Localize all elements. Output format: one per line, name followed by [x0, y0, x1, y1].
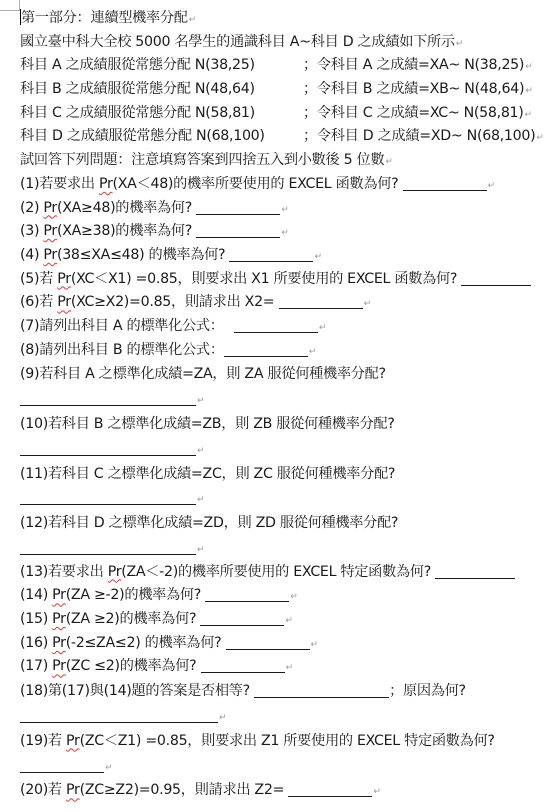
answer-line-19: ↵ — [20, 754, 547, 779]
paragraph-mark-icon: ↵ — [311, 634, 318, 658]
question-3: (3) Pr(XA≥38)的機率為何? ↵ — [20, 220, 547, 244]
question-15: (15) Pr(ZA ≥2)的機率為何? ↵ — [20, 608, 547, 632]
paragraph-mark-icon: ↵ — [309, 341, 316, 365]
answer-blank-19[interactable] — [20, 757, 104, 773]
question-7: (7)請列出科目 A 的標準化公式： ↵ — [20, 315, 547, 339]
question-16: (16) Pr(-2≤ZA≤2) 的機率為何? ↵ — [20, 632, 547, 656]
paragraph-mark-icon: ↵ — [525, 56, 532, 80]
paragraph-mark-icon: ↵ — [319, 317, 326, 341]
answer-blank-7[interactable] — [234, 317, 318, 333]
paragraph-mark-icon: ↵ — [285, 610, 292, 634]
question-2: (2) Pr(XA≥48)的機率為何? ↵ — [20, 197, 547, 221]
section-heading: 第一部分：連續型機率分配↵ — [20, 7, 547, 31]
answer-blank-8[interactable] — [224, 341, 308, 357]
answer-blank-15[interactable] — [200, 610, 284, 626]
question-13: (13)若要求出 Pr(ZA＜-2)的機率所要使用的 EXCEL 特定函數為何? — [20, 561, 547, 585]
answer-blank-17[interactable] — [201, 657, 285, 673]
question-19: (19)若 Pr(ZC＜Z1) =0.85，則要求出 Z1 所要使用的 EXCE… — [20, 729, 547, 754]
question-4: (4) Pr(38≤XA≤48) 的機率為何? ↵ — [20, 244, 547, 268]
answer-blank-1[interactable] — [403, 175, 487, 191]
paragraph-mark-icon: ↵ — [189, 9, 196, 33]
answer-blank-9[interactable] — [20, 390, 196, 406]
answer-blank-18a[interactable] — [254, 682, 389, 698]
answer-blank-14[interactable] — [205, 586, 289, 602]
paragraph-mark-icon: ↵ — [536, 127, 543, 151]
answer-blank-13[interactable] — [435, 563, 515, 579]
paragraph-mark-icon: ↵ — [281, 199, 288, 223]
question-12: (12)若科目 D 之標準化成績=ZD，則 ZD 服從何種機率分配? — [20, 511, 547, 536]
paragraph-mark-icon: ↵ — [281, 222, 288, 246]
paragraph-mark-icon: ↵ — [290, 586, 297, 610]
paragraph-mark-icon: ↵ — [197, 538, 204, 563]
paragraph-mark-icon: ↵ — [525, 80, 532, 104]
question-1: (1)若要求出 Pr(XA＜48)的機率所要使用的 EXCEL 函數為何? ↵ — [20, 173, 547, 197]
paragraph-mark-icon: ↵ — [197, 488, 204, 513]
answer-blank-18b[interactable] — [20, 707, 218, 723]
answer-blank-10[interactable] — [20, 440, 196, 456]
answer-line-11: ↵ — [20, 486, 547, 511]
answer-line-12: ↵ — [20, 536, 547, 561]
answer-blank-16[interactable] — [226, 634, 310, 650]
question-10: (10)若科目 B 之標準化成績=ZB，則 ZB 服從何種機率分配? — [20, 412, 547, 437]
intro-text: 國立臺中科大全校 5000 名學生的通識科目 A~科目 D 之成績如下所示↵ — [20, 31, 547, 55]
paragraph-mark-icon: ↵ — [197, 389, 204, 414]
paragraph-mark-icon: ↵ — [373, 780, 380, 805]
paragraph-mark-icon: ↵ — [364, 293, 371, 317]
paragraph-mark-icon: ↵ — [456, 33, 463, 57]
answer-blank-4[interactable] — [229, 246, 313, 262]
question-9: (9)若科目 A 之標準化成績=ZA，則 ZA 服從何種機率分配? — [20, 362, 547, 387]
answer-line-9: ↵ — [20, 387, 547, 412]
question-18: (18)第(17)與(14)題的答案是否相等? ；原因為何? — [20, 679, 547, 704]
paragraph-mark-icon: ↵ — [488, 175, 495, 199]
question-17: (17) Pr(ZC ≤2)的機率為何? ↵ — [20, 655, 547, 679]
document-page[interactable]: 第一部分：連續型機率分配↵ 國立臺中科大全校 5000 名學生的通識科目 A~科… — [20, 7, 547, 803]
paragraph-mark-icon: ↵ — [286, 657, 293, 681]
question-8: (8)請列出科目 B 的標準化公式：↵ — [20, 339, 547, 363]
answer-blank-12[interactable] — [20, 539, 196, 555]
question-11: (11)若科目 C 之標準化成績=ZC，則 ZC 服從何種機率分配? — [20, 462, 547, 487]
question-20: (20)若 Pr(ZC≥Z2)=0.95，則請求出 Z2= ↵ — [20, 778, 547, 803]
page-corner-marker — [0, 0, 20, 11]
subject-d-line: 科目 D 之成績服從常態分配 N(68,100)；令科目 D 之成績=XD~ N… — [20, 125, 547, 149]
paragraph-mark-icon: ↵ — [105, 756, 112, 781]
question-14: (14) Pr(ZA ≥-2)的機率為何? ↵ — [20, 584, 547, 608]
answer-blank-3[interactable] — [196, 222, 280, 238]
question-5: (5)若 Pr(XC＜X1) =0.85，則要求出 X1 所要使用的 EXCEL… — [20, 268, 547, 292]
instructions-text: 試回答下列問題：注意填寫答案到四捨五入到小數後 5 位數↵ — [20, 149, 547, 173]
subject-c-line: 科目 C 之成績服從常態分配 N(58,81)；令科目 C 之成績=XC~ N(… — [20, 102, 547, 126]
answer-line-10: ↵ — [20, 437, 547, 462]
subject-b-line: 科目 B 之成績服從常態分配 N(48,64)；令科目 B 之成績=XB~ N(… — [20, 78, 547, 102]
paragraph-mark-icon: ↵ — [314, 246, 321, 270]
paragraph-mark-icon: ↵ — [525, 104, 532, 128]
subject-a-line: 科目 A 之成績服從常態分配 N(38,25)；令科目 A 之成績=XA~ N(… — [20, 54, 547, 78]
paragraph-mark-icon: ↵ — [197, 439, 204, 464]
answer-blank-20[interactable] — [288, 781, 372, 797]
answer-line-18: ↵ — [20, 704, 547, 729]
answer-blank-6[interactable] — [279, 293, 363, 309]
question-6: (6)若 Pr(XC≥X2)=0.85，則請求出 X2= ↵ — [20, 291, 547, 315]
paragraph-mark-icon: ↵ — [219, 706, 226, 731]
answer-blank-2[interactable] — [196, 199, 280, 215]
answer-blank-11[interactable] — [20, 489, 196, 505]
paragraph-mark-icon: ↵ — [385, 151, 392, 175]
answer-blank-5[interactable] — [461, 270, 531, 286]
